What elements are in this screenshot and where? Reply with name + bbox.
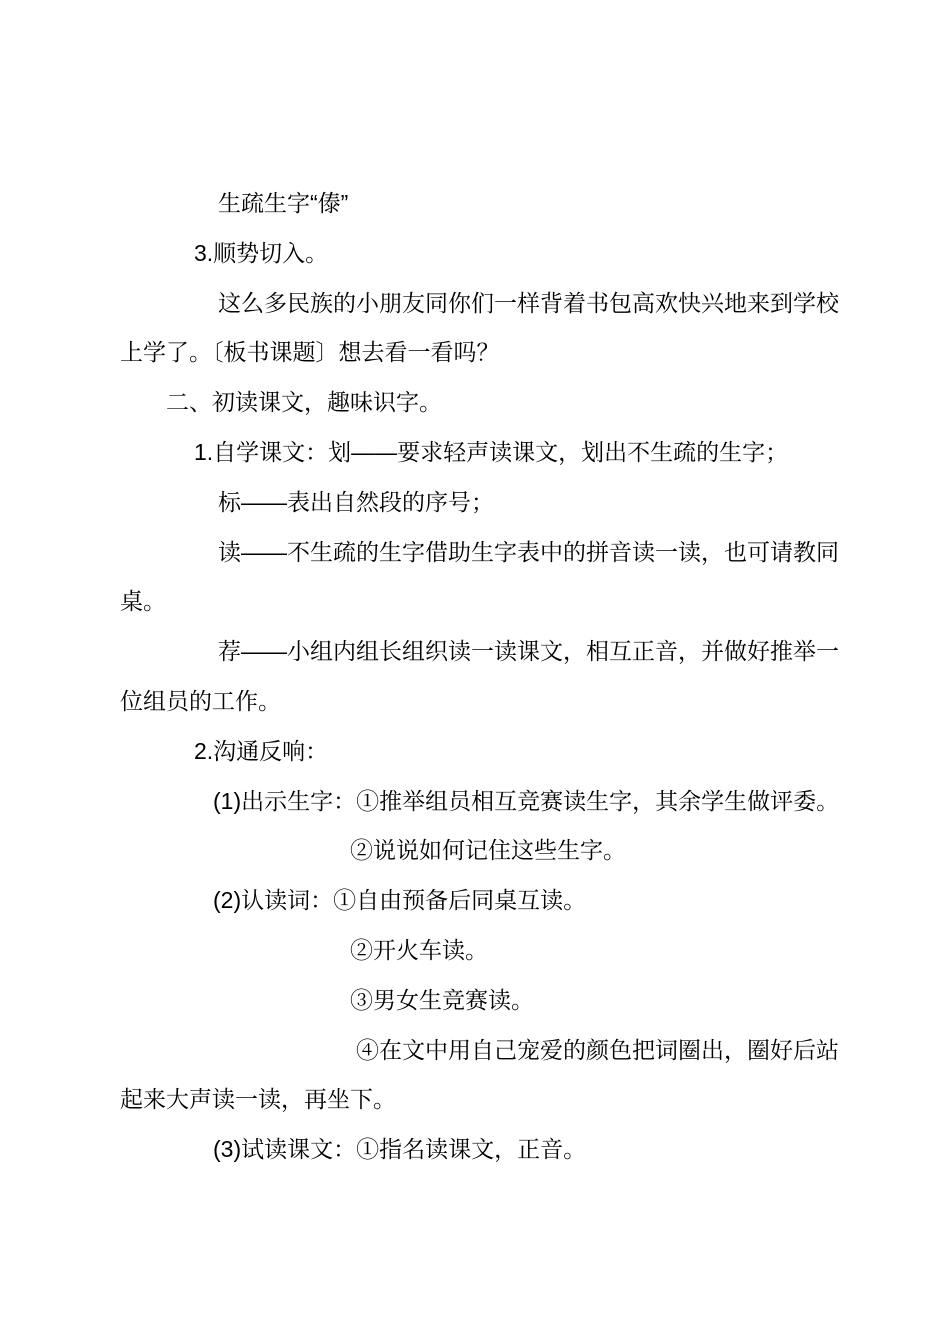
- text-line: ②开火车读。: [120, 926, 838, 976]
- text-line: 3.顺势切入。: [120, 229, 838, 279]
- text-line: ④在文中用自己宠爱的颜色把词圈出，圈好后站: [120, 1026, 838, 1076]
- text-line: 标——表出自然段的序号；: [120, 478, 838, 528]
- text-line: 起来大声读一读，再坐下。: [120, 1075, 838, 1125]
- text-line: 二、初读课文，趣味识字。: [120, 378, 838, 428]
- document-page: 生疏生字“傣” 3.顺势切入。 这么多民族的小朋友同你们一样背着书包高欢快兴地来…: [0, 0, 950, 1344]
- document-body: 生疏生字“傣” 3.顺势切入。 这么多民族的小朋友同你们一样背着书包高欢快兴地来…: [120, 179, 838, 1175]
- text-line: 1.自学课文：划——要求轻声读课文，划出不生疏的生字；: [120, 428, 838, 478]
- text-line: 位组员的工作。: [120, 677, 838, 727]
- text-line: 上学了。〔板书课题〕想去看一看吗？: [120, 328, 838, 378]
- text-line: (2)认读词：①自由预备后同桌互读。: [120, 876, 838, 926]
- text-line: 读——不生疏的生字借助生字表中的拼音读一读，也可请教同: [120, 528, 838, 578]
- text-line: 这么多民族的小朋友同你们一样背着书包高欢快兴地来到学校: [120, 279, 838, 329]
- text-line: (1)出示生字：①推举组员相互竞赛读生字，其余学生做评委。: [120, 777, 838, 827]
- text-line: 生疏生字“傣”: [120, 179, 838, 229]
- text-line: 桌。: [120, 577, 838, 627]
- text-line: 荐——小组内组长组织读一读课文，相互正音，并做好推举一: [120, 627, 838, 677]
- text-line: 2.沟通反响：: [120, 727, 838, 777]
- text-line: (3)试读课文：①指名读课文，正音。: [120, 1125, 838, 1175]
- text-line: ②说说如何记住这些生字。: [120, 826, 838, 876]
- text-line: ③男女生竞赛读。: [120, 976, 838, 1026]
